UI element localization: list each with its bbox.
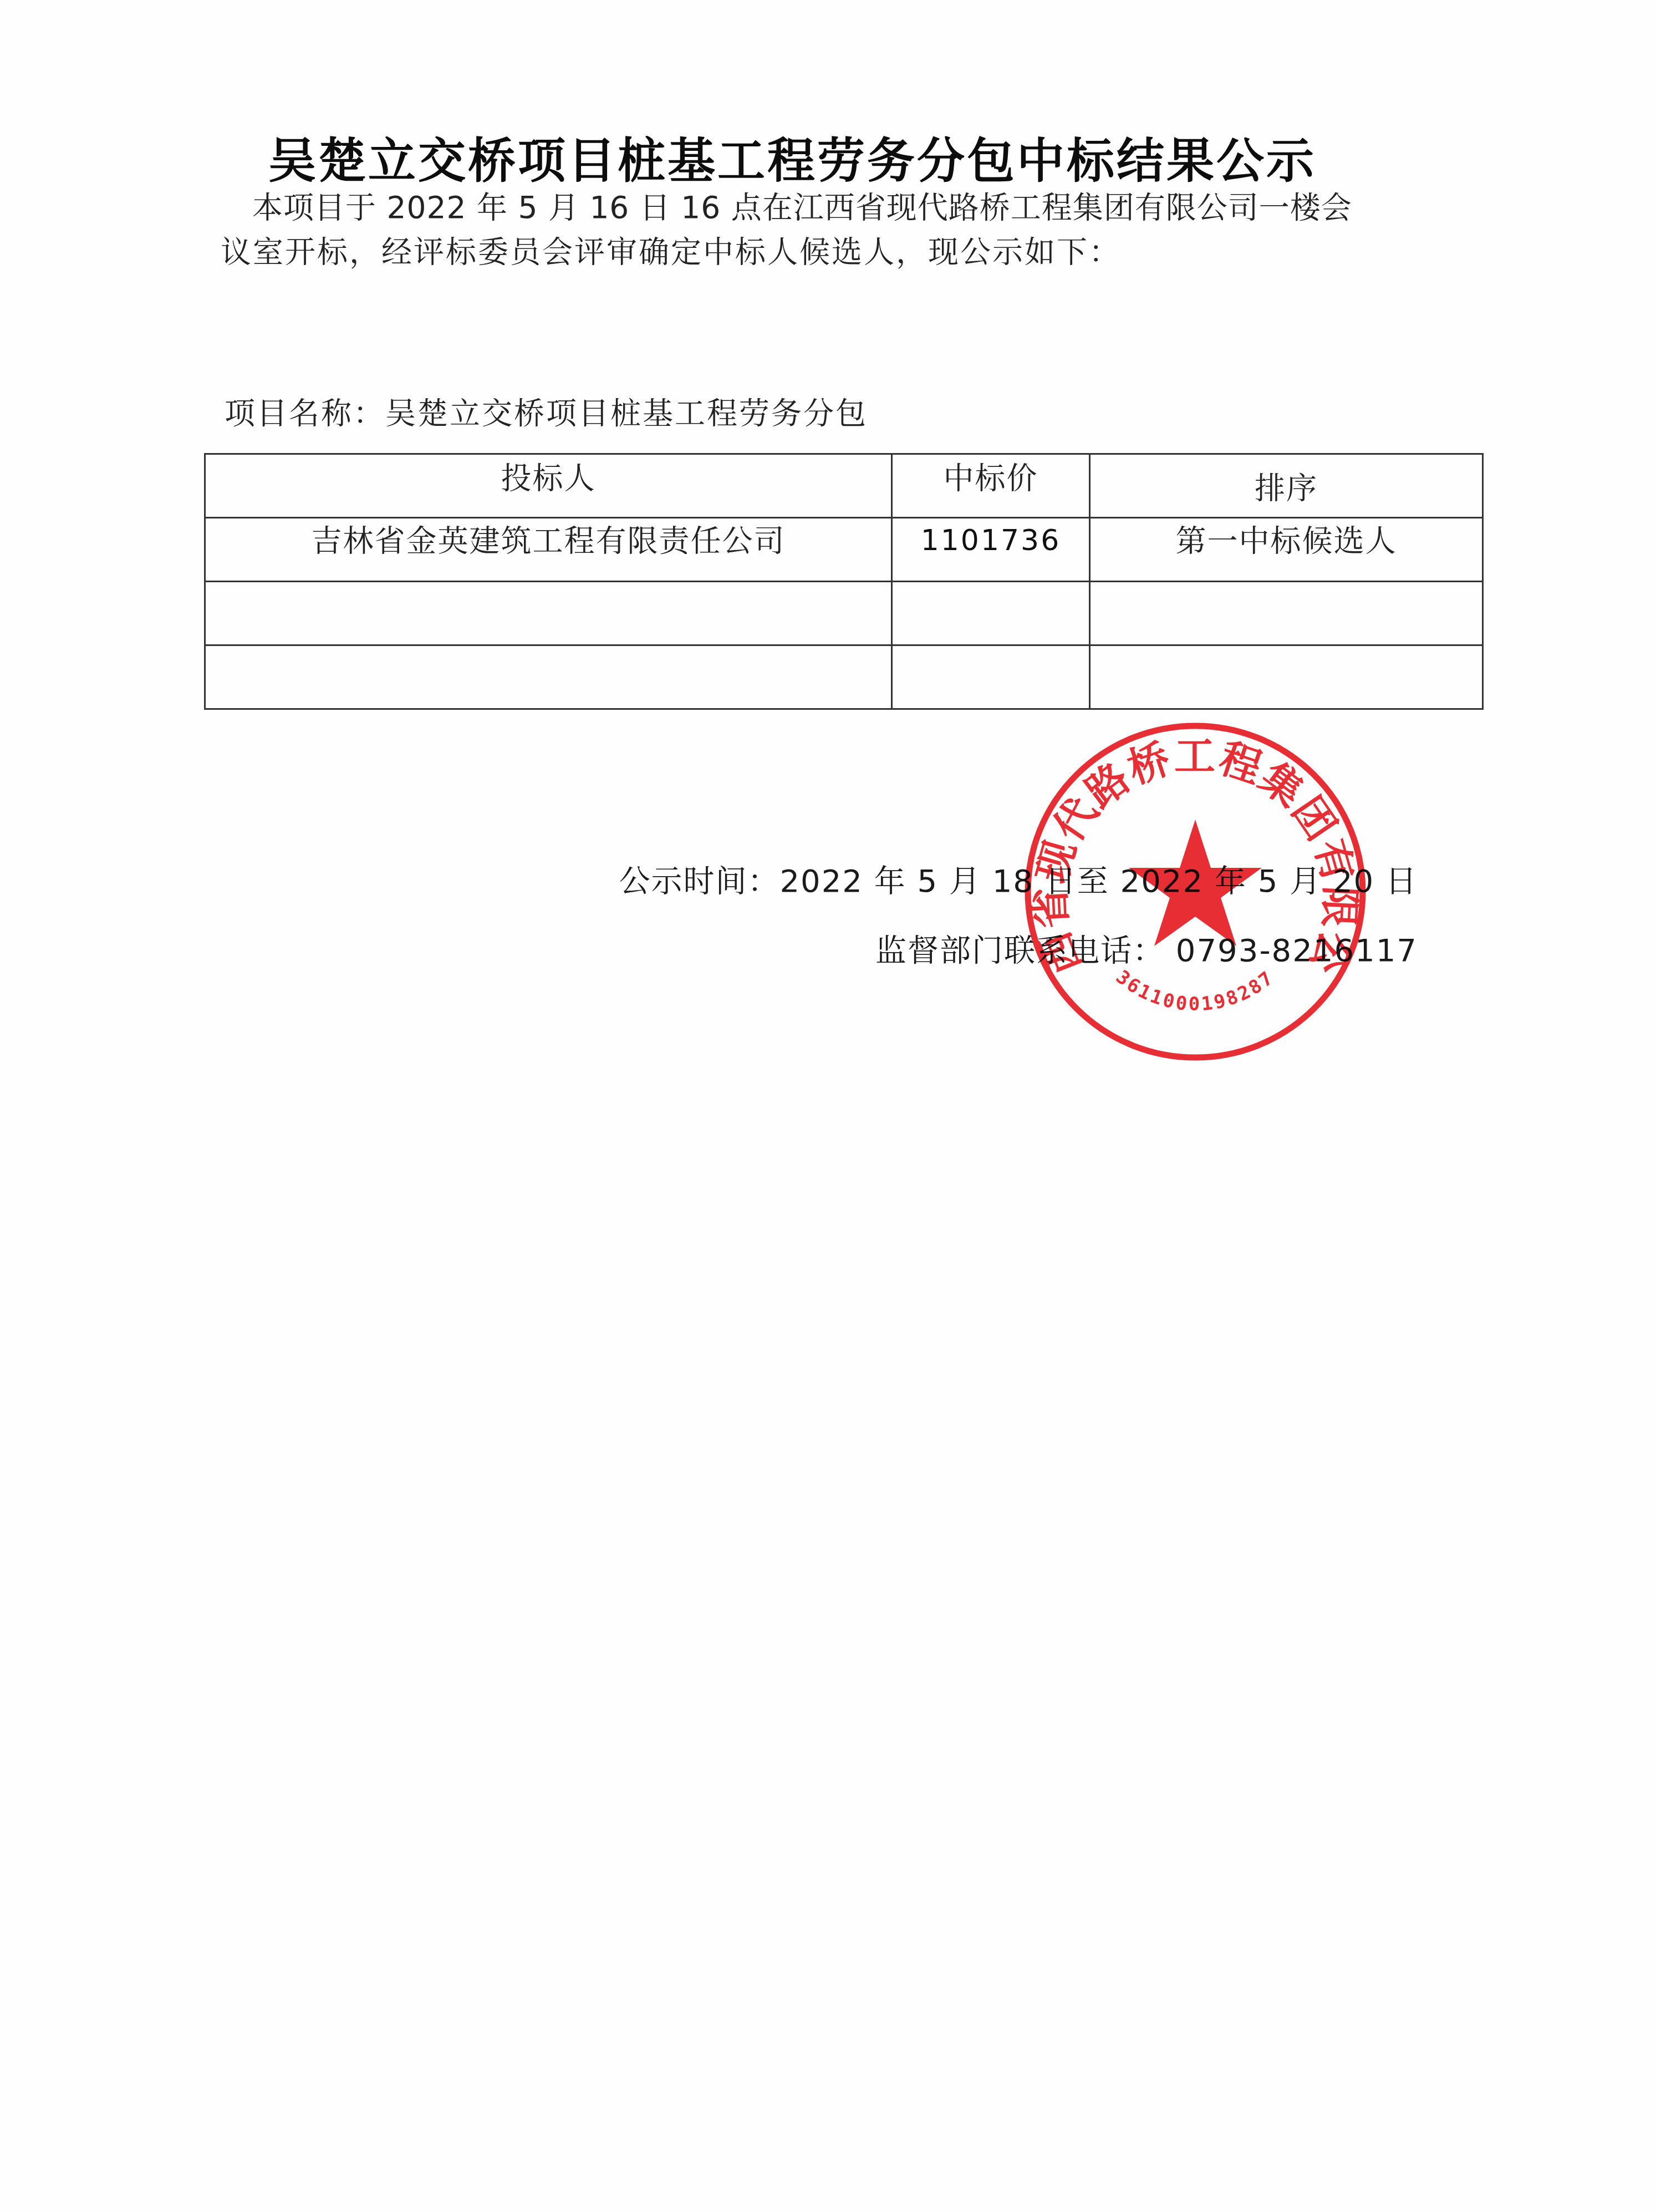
table-row xyxy=(205,645,1483,709)
header-bid-price: 中标价 xyxy=(892,454,1090,518)
ranking xyxy=(1091,646,1482,652)
cell-ranking: 第一中标候选人 xyxy=(1090,518,1483,582)
ranking: 第一中标候选人 xyxy=(1091,518,1482,557)
cell-ranking xyxy=(1090,645,1483,709)
bid-result-table: 投标人 中标价 排序 吉林省金英建筑工程有限责任公司 1101736 第一中标候… xyxy=(204,453,1484,710)
bidder-name xyxy=(206,646,891,652)
header-bid-price-label: 中标价 xyxy=(893,455,1089,495)
bid-price: 1101736 xyxy=(893,518,1089,557)
cell-bid-price xyxy=(892,582,1090,645)
page-title: 吴楚立交桥项目桩基工程劳务分包中标结果公示 xyxy=(268,131,1366,192)
project-label: 项目名称： xyxy=(225,395,385,431)
intro-line-1: 本项目于 2022 年 5 月 16 日 16 点在江西省现代路桥工程集团有限公… xyxy=(221,185,1440,230)
bid-price xyxy=(893,646,1089,652)
cell-bidder xyxy=(205,645,892,709)
project-name: 吴楚立交桥项目桩基工程劳务分包 xyxy=(385,395,868,431)
table-header-row: 投标人 中标价 排序 xyxy=(205,454,1483,518)
intro-line-2: 议室开标，经评标委员会评审确定中标人候选人，现公示如下： xyxy=(221,230,1440,274)
ranking xyxy=(1091,582,1482,588)
table-row xyxy=(205,582,1483,645)
header-ranking-label: 排序 xyxy=(1091,455,1482,505)
intro-paragraph: 本项目于 2022 年 5 月 16 日 16 点在江西省现代路桥工程集团有限公… xyxy=(221,185,1440,274)
bidder-name xyxy=(206,582,891,588)
header-bidder-label: 投标人 xyxy=(206,455,891,495)
cell-bid-price: 1101736 xyxy=(892,518,1090,582)
cell-ranking xyxy=(1090,582,1483,645)
seal-code: 3611000198287 xyxy=(1112,966,1279,1015)
cell-bid-price xyxy=(892,645,1090,709)
bidder-name: 吉林省金英建筑工程有限责任公司 xyxy=(206,518,891,557)
header-bidder: 投标人 xyxy=(205,454,892,518)
company-seal: 江西省现代路桥工程集团有限公司 3611000198287 xyxy=(1025,723,1366,1061)
project-name-line: 项目名称：吴楚立交桥项目桩基工程劳务分包 xyxy=(225,391,868,435)
bid-price xyxy=(893,582,1089,588)
header-ranking: 排序 xyxy=(1090,454,1483,518)
cell-bidder: 吉林省金英建筑工程有限责任公司 xyxy=(205,518,892,582)
star-icon xyxy=(1129,820,1262,946)
document-page: 吴楚立交桥项目桩基工程劳务分包中标结果公示 本项目于 2022 年 5 月 16… xyxy=(0,0,1656,2212)
cell-bidder xyxy=(205,582,892,645)
svg-text:3611000198287: 3611000198287 xyxy=(1112,966,1279,1015)
table-row: 吉林省金英建筑工程有限责任公司 1101736 第一中标候选人 xyxy=(205,518,1483,582)
